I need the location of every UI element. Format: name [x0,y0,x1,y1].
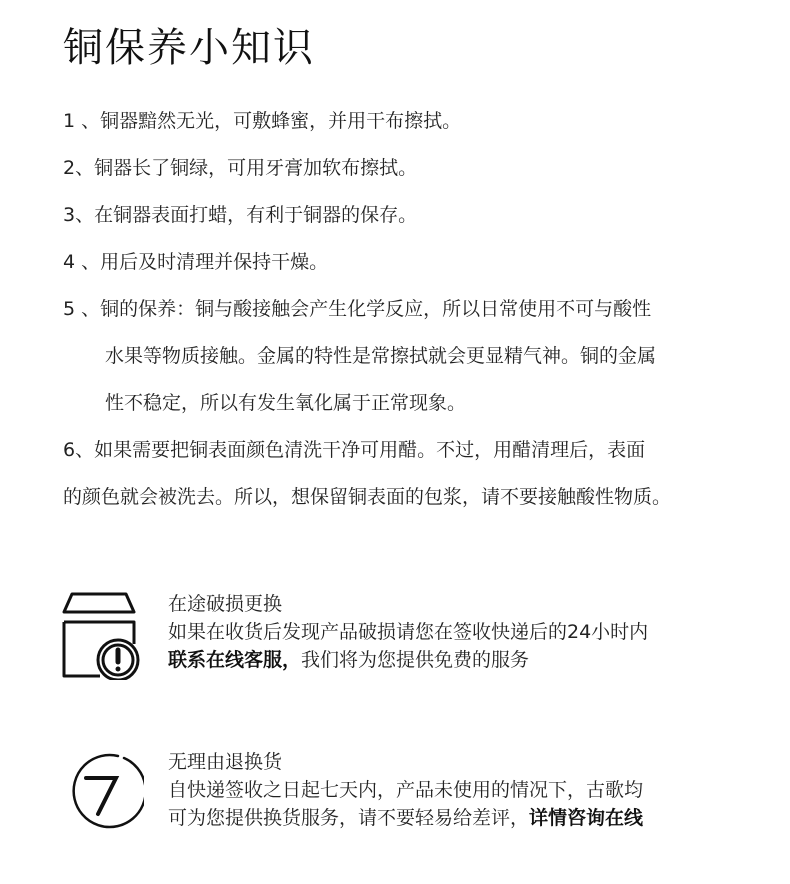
contact-service-link: 联系在线客服， [168,649,301,671]
tip-5-line-2: 水果等物质接触。金属的特性是常擦拭就会更显精气神。铜的金属 [63,333,743,380]
page-title: 铜保养小知识 [63,22,315,74]
damage-heading: 在途破损更换 [168,590,648,618]
return-line-1: 自快递签收之日起七天内，产品未使用的情况下，古歌均 [168,776,643,804]
tip-3: 3、在铜器表面打蜡，有利于铜器的保存。 [63,192,743,239]
tip-4: 4 、用后及时清理并保持干燥。 [63,239,743,286]
care-tips-list: 1 、铜器黯然无光，可敷蜂蜜，并用干布擦拭。 2、铜器长了铜绿，可用牙膏加软布擦… [63,98,743,521]
damage-line-2: 联系在线客服，我们将为您提供免费的服务 [168,646,648,674]
tip-5-line-1: 5 、铜的保养：铜与酸接触会产生化学反应，所以日常使用不可与酸性 [63,286,743,333]
return-policy-text: 无理由退换货 自快递签收之日起七天内，产品未使用的情况下，古歌均 可为您提供换货… [168,748,643,832]
return-line-2: 可为您提供换货服务，请不要轻易给差评，详情咨询在线 [168,804,643,832]
seven-day-return-icon [60,748,140,828]
tip-6-line-2: 的颜色就会被洗去。所以，想保留铜表面的包浆，请不要接触酸性物质。 [63,474,743,521]
tip-1: 1 、铜器黯然无光，可敷蜂蜜，并用干布擦拭。 [63,98,743,145]
return-heading: 无理由退换货 [168,748,643,776]
damage-replacement-text: 在途破损更换 如果在收货后发现产品破损请您在签收快递后的24小时内 联系在线客服… [168,590,648,674]
tip-5-line-3: 性不稳定，所以有发生氧化属于正常现象。 [63,380,743,427]
damage-line-1: 如果在收货后发现产品破损请您在签收快递后的24小时内 [168,618,648,646]
damaged-box-alert-icon [60,590,140,670]
tip-2: 2、铜器长了铜绿，可用牙膏加软布擦拭。 [63,145,743,192]
tip-6-line-1: 6、如果需要把铜表面颜色清洗干净可用醋。不过，用醋清理后，表面 [63,427,743,474]
consult-online-link: 详情咨询在线 [529,807,643,829]
